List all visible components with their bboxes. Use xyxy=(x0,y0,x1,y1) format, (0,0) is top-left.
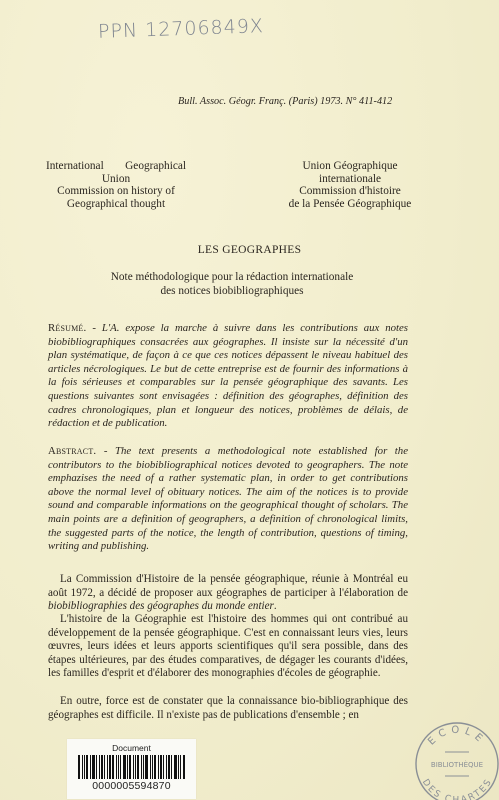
institution-english-line: International Geographical xyxy=(46,160,186,173)
barcode-label: Document 0000005594870 xyxy=(67,739,196,799)
body-italic-text: biobibliographies des géographes du mond… xyxy=(48,600,274,612)
body-paragraph-2: L'histoire de la Géographie est l'histoi… xyxy=(48,613,408,681)
institution-english-line: Commission on history of xyxy=(46,185,186,198)
barcode-bars-icon xyxy=(67,755,196,779)
institution-french-line: Commission d'histoire xyxy=(285,185,415,198)
abstract-paragraph: Abstract. - The text presents a methodol… xyxy=(48,445,408,554)
article-title: LES GEOGRAPHES xyxy=(0,244,499,256)
barcode-title: Document xyxy=(67,743,196,753)
institution-french-line: de la Pensée Géographique xyxy=(285,198,415,211)
resume-label: Résumé. xyxy=(48,322,86,334)
abstract-text: The text presents a methodological note … xyxy=(48,445,408,552)
stamp-bottom-text: DES CHARTES xyxy=(420,778,494,800)
institution-french: Union Géographique internationale Commis… xyxy=(285,160,415,210)
resume-text: L'A. expose la marche à suivre dans les … xyxy=(48,322,408,429)
barcode-number: 0000005594870 xyxy=(67,780,196,792)
institution-english-line: Geographical thought xyxy=(46,198,186,211)
body-paragraph-1: La Commission d'Histoire de la pensée gé… xyxy=(48,573,408,614)
resume-paragraph: Résumé. - L'A. expose la marche à suivre… xyxy=(48,322,408,431)
journal-citation: Bull. Assoc. Géogr. Franç. (Paris) 1973.… xyxy=(178,96,392,107)
subtitle-line: Note méthodologique pour la rédaction in… xyxy=(0,271,464,285)
subtitle-line: des notices biobibliographiques xyxy=(0,285,464,299)
handwritten-ppn-annotation: PPN 12706849X xyxy=(98,15,265,43)
institution-french-line: internationale xyxy=(285,173,415,186)
library-stamp: ECOLE BIBLIOTHÈQUE DES CHARTES xyxy=(412,718,499,800)
svg-text:DES CHARTES: DES CHARTES xyxy=(420,778,494,800)
institution-english-line: Union xyxy=(46,173,186,186)
article-subtitle: Note méthodologique pour la rédaction in… xyxy=(0,271,464,298)
stamp-middle-text: BIBLIOTHÈQUE xyxy=(431,760,483,769)
resume-dash: - xyxy=(86,322,101,334)
institution-french-line: Union Géographique xyxy=(285,160,415,173)
svg-text:ECOLE: ECOLE xyxy=(426,725,488,748)
body-text: La Commission d'Histoire de la pensée gé… xyxy=(48,573,408,599)
abstract-dash: - xyxy=(96,445,115,457)
institution-english: International Geographical Union Commiss… xyxy=(46,160,186,210)
body-text: . xyxy=(274,600,277,612)
abstract-label: Abstract. xyxy=(48,445,96,457)
stamp-circle-icon: ECOLE BIBLIOTHÈQUE DES CHARTES xyxy=(412,718,499,800)
body-paragraph-3: En outre, force est de constater que la … xyxy=(48,695,408,722)
stamp-top-text: ECOLE xyxy=(426,725,488,748)
